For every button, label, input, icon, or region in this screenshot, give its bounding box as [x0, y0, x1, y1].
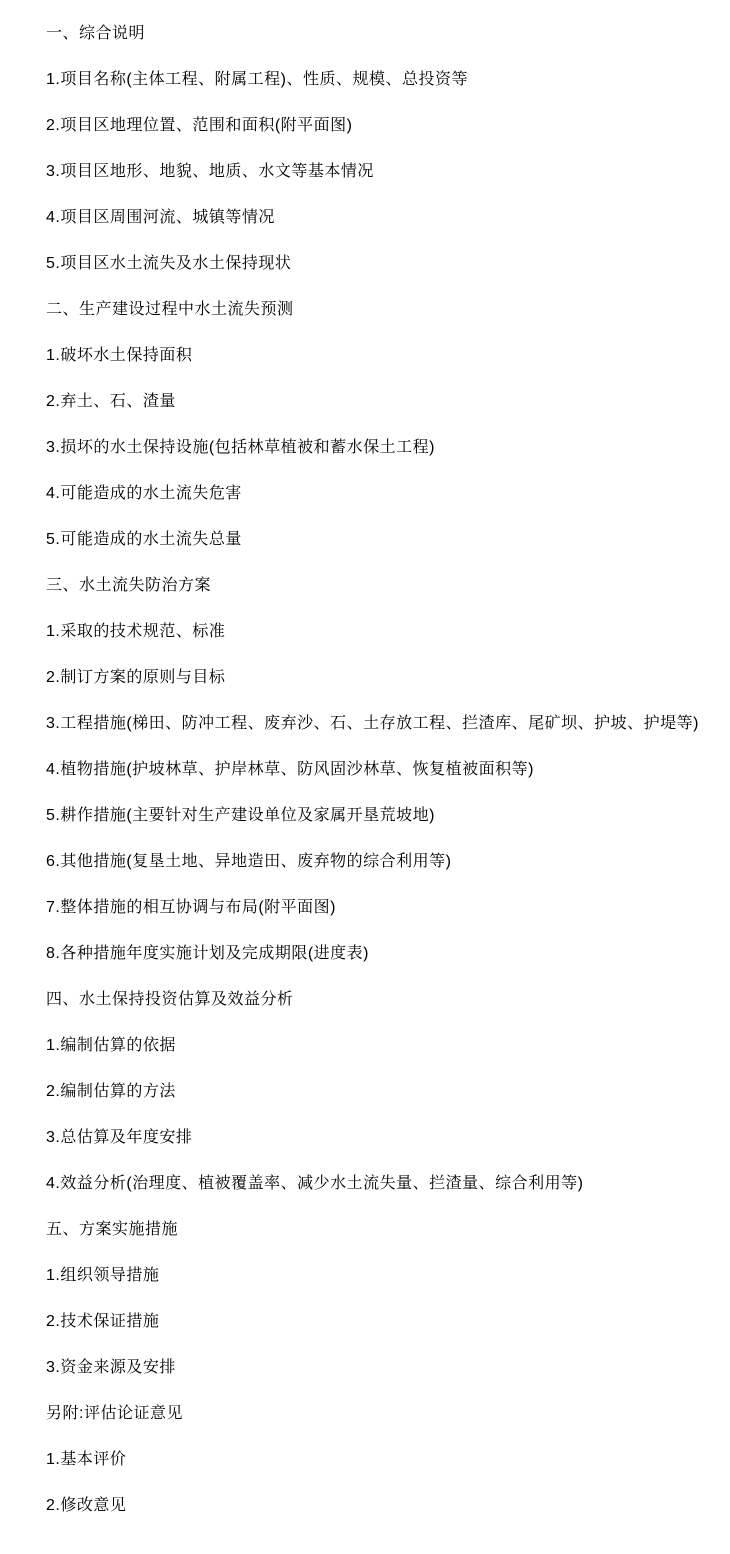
outline-item: 2.编制估算的方法	[46, 1084, 710, 1100]
document-page: 一、综合说明 1.项目名称(主体工程、附属工程)、性质、规模、总投资等 2.项目…	[0, 0, 730, 1554]
outline-item: 2.技术保证措施	[46, 1314, 710, 1330]
outline-item: 4.效益分析(治理度、植被覆盖率、减少水土流失量、拦渣量、综合利用等)	[46, 1176, 710, 1192]
section-heading: 三、水土流失防治方案	[46, 578, 710, 594]
outline-item: 2.制订方案的原则与目标	[46, 670, 710, 686]
outline-item: 1.项目名称(主体工程、附属工程)、性质、规模、总投资等	[46, 72, 710, 88]
outline-item: 1.采取的技术规范、标准	[46, 624, 710, 640]
outline-item: 4.植物措施(护坡林草、护岸林草、防风固沙林草、恢复植被面积等)	[46, 762, 710, 778]
outline-item: 3.总估算及年度安排	[46, 1130, 710, 1146]
outline-item: 6.其他措施(复垦土地、异地造田、废弃物的综合利用等)	[46, 854, 710, 870]
outline-item: 3.工程措施(梯田、防冲工程、废弃沙、石、土存放工程、拦渣库、尾矿坝、护坡、护堤…	[46, 716, 710, 732]
outline-item: 5.耕作措施(主要针对生产建设单位及家属开垦荒坡地)	[46, 808, 710, 824]
outline-item: 5.项目区水土流失及水土保持现状	[46, 256, 710, 272]
section-heading: 五、方案实施措施	[46, 1222, 710, 1238]
section-heading: 二、生产建设过程中水土流失预测	[46, 302, 710, 318]
outline-item: 3.损坏的水土保持设施(包括林草植被和蓄水保土工程)	[46, 440, 710, 456]
outline-item: 7.整体措施的相互协调与布局(附平面图)	[46, 900, 710, 916]
section-heading: 另附:评估论证意见	[46, 1406, 710, 1422]
outline-item: 1.破坏水土保持面积	[46, 348, 710, 364]
outline-item: 1.基本评价	[46, 1452, 710, 1468]
outline-item: 4.项目区周围河流、城镇等情况	[46, 210, 710, 226]
outline-item: 1.编制估算的依据	[46, 1038, 710, 1054]
outline-item: 5.可能造成的水土流失总量	[46, 532, 710, 548]
outline-item: 1.组织领导措施	[46, 1268, 710, 1284]
outline-item: 2.项目区地理位置、范围和面积(附平面图)	[46, 118, 710, 134]
outline-item: 4.可能造成的水土流失危害	[46, 486, 710, 502]
outline-item: 3.资金来源及安排	[46, 1360, 710, 1376]
outline-item: 3.项目区地形、地貌、地质、水文等基本情况	[46, 164, 710, 180]
outline-item: 2.弃土、石、渣量	[46, 394, 710, 410]
section-heading: 四、水土保持投资估算及效益分析	[46, 992, 710, 1008]
outline-item: 2.修改意见	[46, 1498, 710, 1514]
outline-item: 8.各种措施年度实施计划及完成期限(进度表)	[46, 946, 710, 962]
section-heading: 一、综合说明	[46, 26, 710, 42]
